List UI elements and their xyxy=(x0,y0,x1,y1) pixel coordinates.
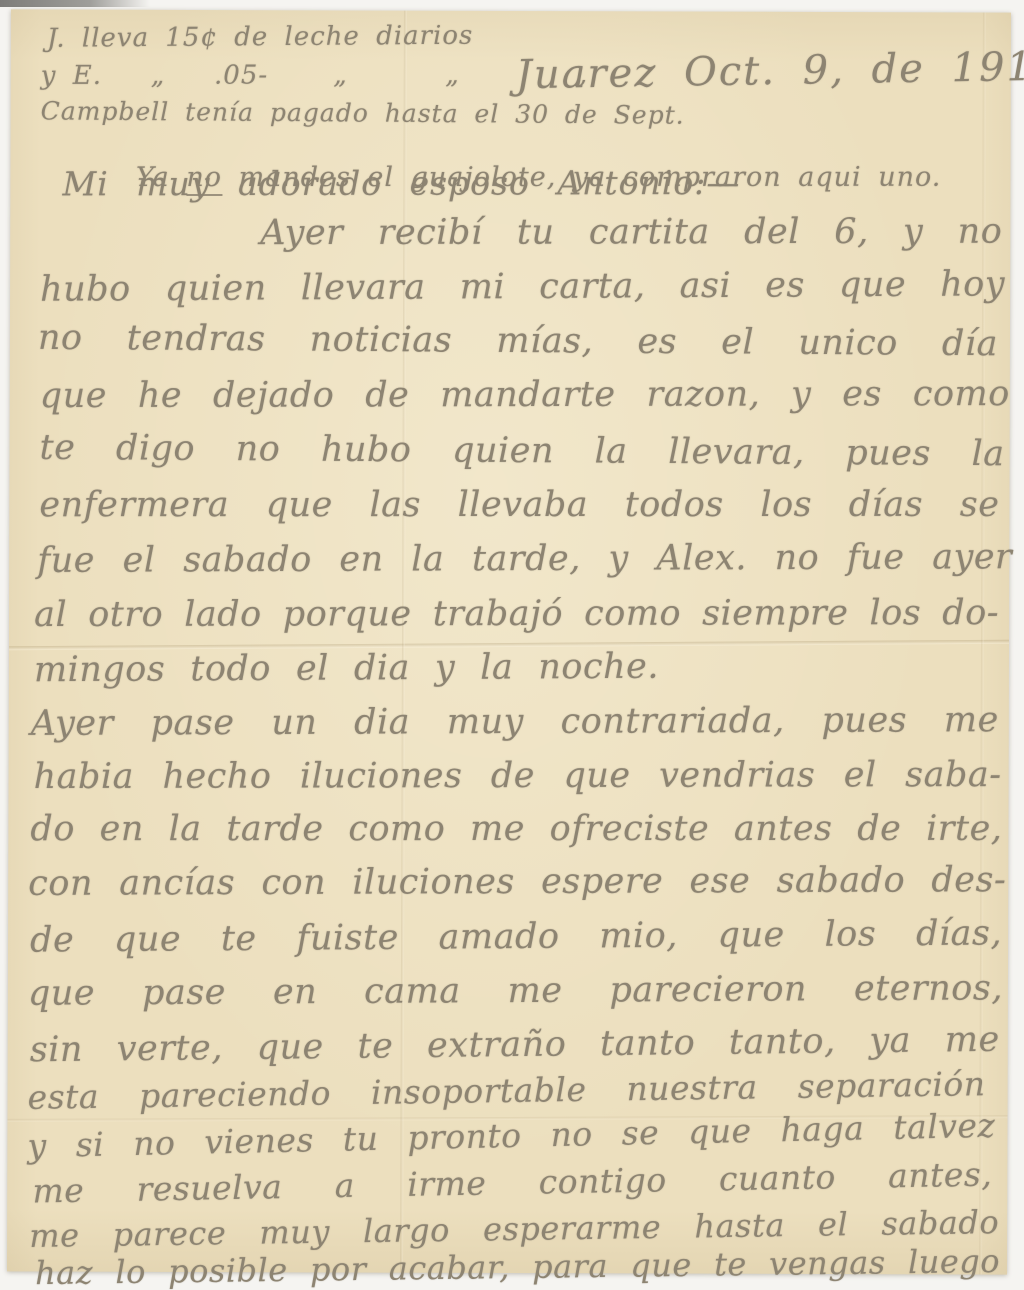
letter-body-line: habia hecho iluciones de que vendrias el… xyxy=(34,757,1002,796)
dateline: Juarez Oct. 9, de 1911 xyxy=(515,45,1024,96)
margin-note-campbell: Campbell tenía pagado hasta el 30 de Sep… xyxy=(41,98,685,129)
salutation: Mi muy adorado esposo Antonio:— xyxy=(62,166,740,202)
letter-body-line: fue el sabado en la tarde, y Alex. no fu… xyxy=(37,539,1012,579)
margin-note-ditto: y E. „ .05- „ „ „ xyxy=(41,62,588,90)
scan-background: J. lleva 15¢ de leche diarios y E. „ .05… xyxy=(0,0,1024,1290)
letter-body-line: no tendras noticias mías, es el unico dí… xyxy=(38,320,998,363)
letter-body-line: Ayer recibí tu cartita del 6, y no xyxy=(260,214,1002,252)
margin-note-milk: J. lleva 15¢ de leche diarios xyxy=(47,23,474,53)
letter-body-line: mingos todo el dia y la noche. xyxy=(34,649,659,689)
letter-body-line: haz lo posible por acabar, para que te v… xyxy=(35,1245,1000,1290)
letter-body-line: do en la tarde como me ofreciste antes d… xyxy=(30,811,1002,848)
letter-paper: J. lleva 15¢ de leche diarios y E. „ .05… xyxy=(7,9,1011,1274)
scanner-edge-artifact xyxy=(0,0,150,7)
letter-body-line: al otro lado porque trabajó como siempre… xyxy=(34,595,999,634)
letter-body-line: sin verte, que te extraño tanto tanto, y… xyxy=(30,1022,1000,1069)
letter-body-line: me resuelva a irme contigo cuanto antes, xyxy=(32,1157,992,1209)
letter-body-line: y si no vienes tu pronto no se que haga … xyxy=(27,1109,996,1164)
letter-body-line: de que te fuiste amado mio, que los días… xyxy=(30,915,1002,959)
letter-body-line: Ayer pase un dia muy contrariada, pues m… xyxy=(31,702,999,742)
letter-body-line: con ancías con iluciones espere ese saba… xyxy=(28,862,1006,903)
letter-body-line: que he dejado de mandarte razon, y es co… xyxy=(40,376,1010,415)
letter-body-line: te digo no hubo quien la llevara, pues l… xyxy=(39,430,1004,473)
letter-body-line: que pase en cama me parecieron eternos, xyxy=(28,970,1003,1012)
letter-body-line: enfermera que las llevaba todos los días… xyxy=(39,487,999,524)
letter-body-line: hubo quien llevara mi carta, asi es que … xyxy=(40,266,1005,308)
